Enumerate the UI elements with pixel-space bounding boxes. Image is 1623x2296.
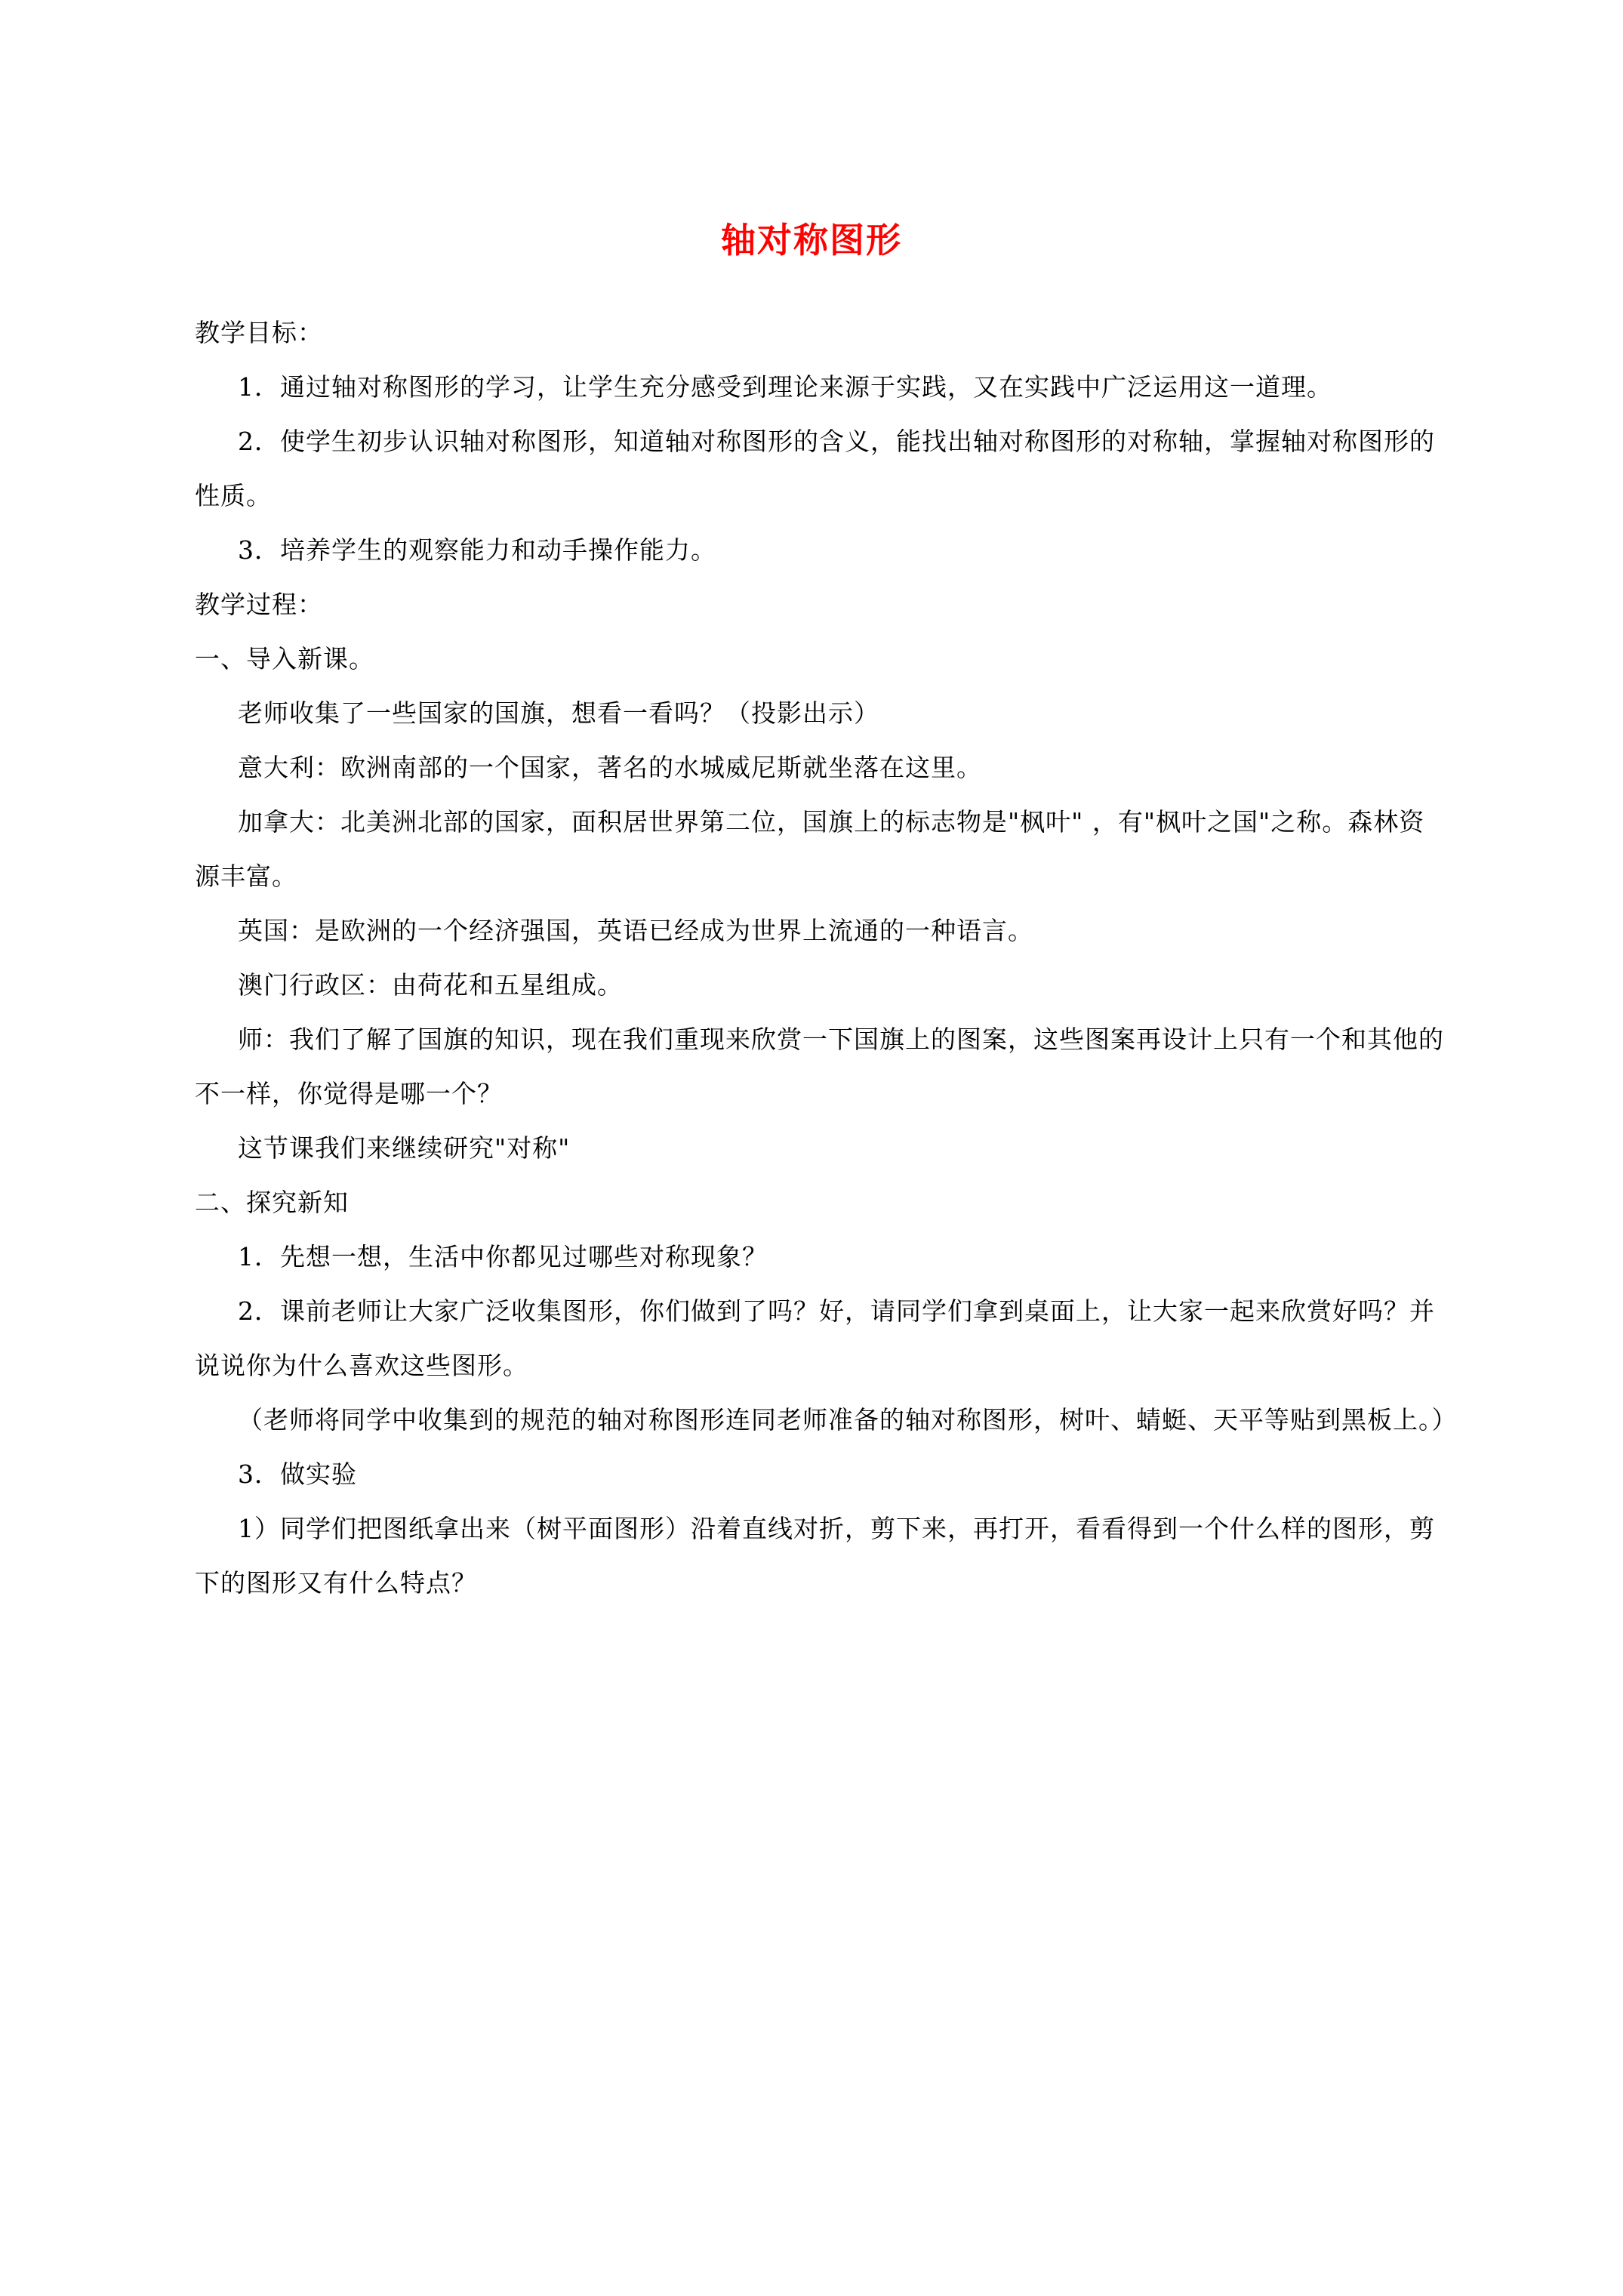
explore-item-2: 2．课前老师让大家广泛收集图形，你们做到了吗？好，请同学们拿到桌面上，让大家一起… bbox=[195, 1284, 1448, 1393]
goal-item-3: 3．培养学生的观察能力和动手操作能力。 bbox=[195, 523, 1448, 578]
document-title: 轴对称图形 bbox=[0, 217, 1623, 263]
explore-item-1: 1．先想一想，生活中你都见过哪些对称现象？ bbox=[195, 1230, 1448, 1284]
document-body: 教学目标： 1．通过轴对称图形的学习，让学生充分感受到理论来源于实践，又在实践中… bbox=[195, 306, 1448, 1610]
experiment-step-1: 1）同学们把图纸拿出来（树平面图形）沿着直线对折，剪下来，再打开，看看得到一个什… bbox=[195, 1502, 1448, 1610]
goal-item-2: 2．使学生初步认识轴对称图形，知道轴对称图形的含义，能找出轴对称图形的对称轴，掌… bbox=[195, 415, 1448, 523]
section-heading-explore: 二、探究新知 bbox=[195, 1176, 1448, 1230]
paragraph-italy: 意大利：欧洲南部的一个国家，著名的水城威尼斯就坐落在这里。 bbox=[195, 741, 1448, 795]
heading-teaching-goals: 教学目标： bbox=[195, 306, 1448, 360]
explore-item-3: 3．做实验 bbox=[195, 1447, 1448, 1502]
section-heading-intro: 一、导入新课。 bbox=[195, 632, 1448, 686]
goal-item-1: 1．通过轴对称图形的学习，让学生充分感受到理论来源于实践，又在实践中广泛运用这一… bbox=[195, 360, 1448, 415]
paragraph-teacher-question: 师：我们了解了国旗的知识，现在我们重现来欣赏一下国旗上的图案，这些图案再设计上只… bbox=[195, 1012, 1448, 1121]
paragraph-uk: 英国：是欧洲的一个经济强国，英语已经成为世界上流通的一种语言。 bbox=[195, 904, 1448, 958]
document-page: 轴对称图形 教学目标： 1．通过轴对称图形的学习，让学生充分感受到理论来源于实践… bbox=[0, 0, 1623, 2296]
heading-teaching-process: 教学过程： bbox=[195, 578, 1448, 632]
paragraph-macau: 澳门行政区：由荷花和五星组成。 bbox=[195, 958, 1448, 1012]
paragraph-blackboard-note: （老师将同学中收集到的规范的轴对称图形连同老师准备的轴对称图形，树叶、蜻蜓、天平… bbox=[195, 1393, 1448, 1447]
paragraph-lesson-topic: 这节课我们来继续研究"对称" bbox=[195, 1121, 1448, 1176]
paragraph-canada: 加拿大：北美洲北部的国家，面积居世界第二位，国旗上的标志物是"枫叶" ，有"枫叶… bbox=[195, 795, 1448, 904]
paragraph-flags-intro: 老师收集了一些国家的国旗，想看一看吗？（投影出示） bbox=[195, 686, 1448, 741]
